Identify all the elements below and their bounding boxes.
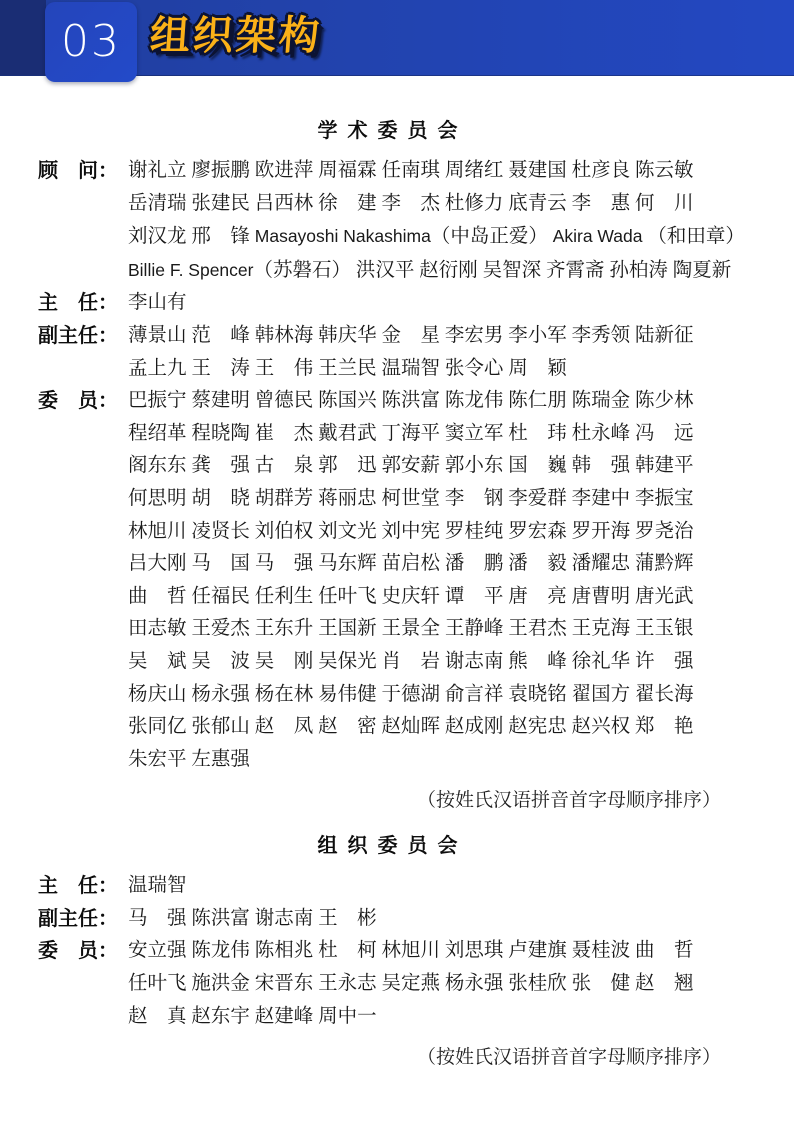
committee-row: 主 任：温瑞智 (38, 870, 737, 903)
name-line: 任叶飞 施洪金 宋晋东 王永志 吴定燕 杨永强 张桂欣 张 健 赵 翘 (128, 968, 737, 1001)
row-name-lines: 谢礼立 廖振鹏 欧进萍 周福霖 任南琪 周绪红 聂建国 杜彦良 陈云敏岳清瑞 张… (128, 155, 737, 287)
name-line: 林旭川 凌贤长 刘伯权 刘文光 刘中宪 罗桂纯 罗宏森 罗开海 罗尧治 (128, 516, 737, 549)
committee-row: 副主任：薄景山 范 峰 韩林海 韩庆华 金 星 李宏男 李小军 李秀领 陆新征孟… (38, 320, 737, 385)
committee-row: 副主任：马 强 陈洪富 谢志南 王 彬 (38, 903, 737, 936)
name-line: 温瑞智 (128, 870, 737, 903)
name-line: 曲 哲 任福民 任利生 任叶飞 史庆轩 谭 平 唐 亮 唐曹明 唐光武 (128, 581, 737, 614)
section-number: 03 (61, 20, 121, 64)
row-label: 委 员： (38, 935, 128, 968)
name-line: 刘汉龙 邢 锋 Masayoshi Nakashima（中岛正爱） Akira … (128, 220, 737, 254)
row-label: 主 任： (38, 870, 128, 903)
name-line: 安立强 陈龙伟 陈相兆 杜 柯 林旭川 刘思琪 卢建旗 聂桂波 曲 哲 (128, 935, 737, 968)
row-label: 副主任： (38, 903, 128, 936)
name-line: 何思明 胡 晓 胡群芳 蒋丽忠 柯世堂 李 钢 李爱群 李建中 李振宝 (128, 483, 737, 516)
latin-name: Akira Wada (553, 226, 648, 246)
row-label: 顾 问： (38, 155, 128, 188)
row-label: 副主任： (38, 320, 128, 353)
committee-row: 委 员：巴振宁 蔡建明 曾德民 陈国兴 陈洪富 陈龙伟 陈仁朋 陈瑞金 陈少林程… (38, 385, 737, 776)
name-line: 巴振宁 蔡建明 曾德民 陈国兴 陈洪富 陈龙伟 陈仁朋 陈瑞金 陈少林 (128, 385, 737, 418)
name-line: 阁东东 龚 强 古 泉 郭 迅 郭安薪 郭小东 国 巍 韩 强 韩建平 (128, 450, 737, 483)
name-line: 杨庆山 杨永强 杨在林 易伟健 于德湖 俞言祥 袁晓铭 翟国方 翟长海 (128, 679, 737, 712)
name-line: Billie F. Spencer（苏磐石） 洪汉平 赵衍刚 吴智深 齐霄斋 孙… (128, 254, 737, 288)
sort-order-note: （按姓氏汉语拼音首字母顺序排序） (38, 1045, 737, 1071)
name-line: 赵 真 赵东宇 赵建峰 周中一 (128, 1001, 737, 1034)
row-name-lines: 李山有 (128, 287, 737, 320)
name-line: 马 强 陈洪富 谢志南 王 彬 (128, 903, 737, 936)
latin-name: Billie F. Spencer (128, 260, 253, 280)
page-header-banner: 03 组织架构 (0, 0, 794, 76)
committee-section-title: 学术委员会 (38, 117, 737, 145)
row-name-lines: 巴振宁 蔡建明 曾德民 陈国兴 陈洪富 陈龙伟 陈仁朋 陈瑞金 陈少林程绍革 程… (128, 385, 737, 776)
name-line: 田志敏 王爱杰 王东升 王国新 王景全 王静峰 王君杰 王克海 王玉银 (128, 613, 737, 646)
name-line: 孟上九 王 涛 王 伟 王兰民 温瑞智 张令心 周 颖 (128, 353, 737, 386)
row-label: 委 员： (38, 385, 128, 418)
row-name-lines: 马 强 陈洪富 谢志南 王 彬 (128, 903, 737, 936)
name-line: 张同亿 张郁山 赵 凤 赵 密 赵灿晖 赵成刚 赵宪忠 赵兴权 郑 艳 (128, 711, 737, 744)
committee-row: 顾 问：谢礼立 廖振鹏 欧进萍 周福霖 任南琪 周绪红 聂建国 杜彦良 陈云敏岳… (38, 155, 737, 287)
committee-section-title: 组织委员会 (38, 832, 737, 860)
name-line: 岳清瑞 张建民 吕西林 徐 建 李 杰 杜修力 底青云 李 惠 何 川 (128, 188, 737, 221)
latin-name: Masayoshi Nakashima (255, 226, 431, 246)
row-name-lines: 温瑞智 (128, 870, 737, 903)
header-left-dark-segment (0, 0, 46, 75)
name-line: 吕大刚 马 国 马 强 马东辉 苗启松 潘 鹏 潘 毅 潘耀忠 蒲黔辉 (128, 548, 737, 581)
committee-row: 主 任：李山有 (38, 287, 737, 320)
row-name-lines: 安立强 陈龙伟 陈相兆 杜 柯 林旭川 刘思琪 卢建旗 聂桂波 曲 哲任叶飞 施… (128, 935, 737, 1033)
row-name-lines: 薄景山 范 峰 韩林海 韩庆华 金 星 李宏男 李小军 李秀领 陆新征孟上九 王… (128, 320, 737, 385)
section-number-badge: 03 (45, 2, 137, 82)
row-label: 主 任： (38, 287, 128, 320)
name-line: 朱宏平 左惠强 (128, 744, 737, 777)
page-title: 组织架构 (148, 14, 323, 58)
name-line: 薄景山 范 峰 韩林海 韩庆华 金 星 李宏男 李小军 李秀领 陆新征 (128, 320, 737, 353)
committee-row: 委 员：安立强 陈龙伟 陈相兆 杜 柯 林旭川 刘思琪 卢建旗 聂桂波 曲 哲任… (38, 935, 737, 1033)
name-line: 谢礼立 廖振鹏 欧进萍 周福霖 任南琪 周绪红 聂建国 杜彦良 陈云敏 (128, 155, 737, 188)
document-page: 03 组织架构 学术委员会顾 问：谢礼立 廖振鹏 欧进萍 周福霖 任南琪 周绪红… (0, 0, 794, 1123)
name-line: 李山有 (128, 287, 737, 320)
name-line: 吴 斌 吴 波 吴 刚 吴保光 肖 岩 谢志南 熊 峰 徐礼华 许 强 (128, 646, 737, 679)
document-body: 学术委员会顾 问：谢礼立 廖振鹏 欧进萍 周福霖 任南琪 周绪红 聂建国 杜彦良… (0, 75, 794, 1071)
name-line: 程绍革 程晓陶 崔 杰 戴君武 丁海平 窦立军 杜 玮 杜永峰 冯 远 (128, 418, 737, 451)
sort-order-note: （按姓氏汉语拼音首字母顺序排序） (38, 788, 737, 814)
